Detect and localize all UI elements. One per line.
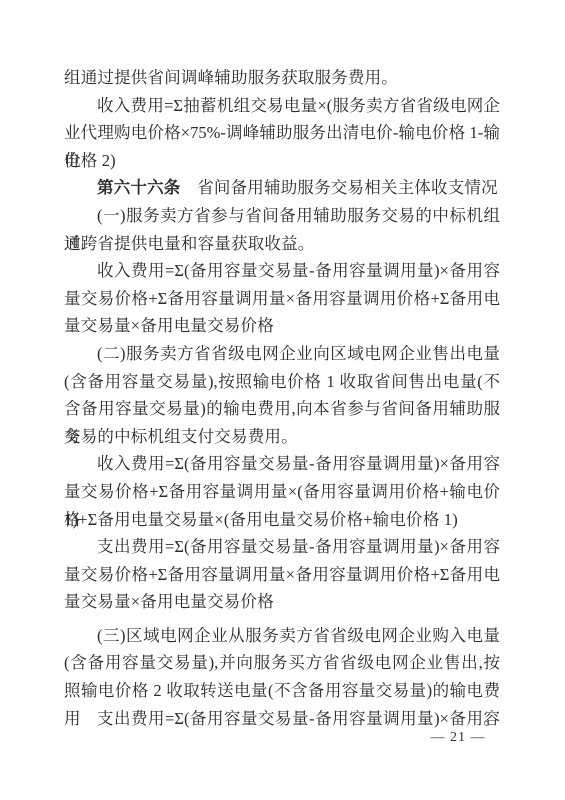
text-line: 量交易价格+Σ备用容量调用量×(备用容量调用价格+输电价格 — [64, 478, 500, 506]
text-line: 支出费用=Σ(备用容量交易量-备用容量调用量)×备用容 — [64, 533, 500, 561]
article-title: 省间备用辅助服务交易相关主体收支情况 — [181, 178, 498, 197]
text-line: (含备用容量交易量),并向服务买方省省级电网企业售出,按 — [64, 649, 500, 677]
text-line: 价格 2) — [64, 147, 500, 175]
document-text: 组通过提供省间调峰辅助服务获取服务费用。收入费用=Σ抽蓄机组交易电量×(服务卖方… — [64, 64, 500, 732]
text-line: 量交易量×备用电量交易价格 — [64, 312, 500, 340]
text-line: (二)服务卖方省省级电网企业向区域电网企业售出电量 — [64, 340, 500, 368]
text-line: 1)+Σ备用电量交易量×(备用电量交易价格+输电价格 1) — [64, 506, 500, 534]
text-line: 量交易量×备用电量交易价格 — [64, 588, 500, 616]
text-line: 支出费用=Σ(备用容量交易量-备用容量调用量)×备用容 — [64, 705, 500, 733]
text-line: (三)区域电网企业从服务卖方省省级电网企业购入电量 — [64, 622, 500, 650]
text-line: (一)服务卖方省参与省间备用辅助服务交易的中标机组通 — [64, 202, 500, 230]
text-line: 含备用容量交易量)的输电费用,向本省参与省间备用辅助服务 — [64, 395, 500, 423]
text-line: 量交易价格+Σ备用容量调用量×备用容量调用价格+Σ备用电 — [64, 285, 500, 313]
page-number: — 21 — — [428, 730, 488, 746]
text-line: 收入费用=Σ(备用容量交易量-备用容量调用量)×备用容 — [64, 257, 500, 285]
text-line: (含备用容量交易量),按照输电价格 1 收取省间售出电量(不 — [64, 368, 500, 396]
text-line: 业代理购电价格×75%-调峰辅助服务出清电价-输电价格 1-输电 — [64, 119, 500, 147]
text-line: 量交易价格+Σ备用容量调用量×备用容量调用价格+Σ备用电 — [64, 561, 500, 589]
text-line: 收入费用=Σ抽蓄机组交易电量×(服务卖方省省级电网企 — [64, 92, 500, 120]
article-number: 第六十六条 — [97, 178, 181, 197]
text-line: 组通过提供省间调峰辅助服务获取服务费用。 — [64, 64, 500, 92]
text-line: 收入费用=Σ(备用容量交易量-备用容量调用量)×备用容 — [64, 450, 500, 478]
text-line: 照输电价格 2 收取转送电量(不含备用容量交易量)的输电费用。 — [64, 677, 500, 705]
text-line: 交易的中标机组支付交易费用。 — [64, 423, 500, 451]
text-line: 第六十六条 省间备用辅助服务交易相关主体收支情况 — [64, 174, 500, 202]
document-page: 组通过提供省间调峰辅助服务获取服务费用。收入费用=Σ抽蓄机组交易电量×(服务卖方… — [0, 0, 565, 800]
text-line: 过跨省提供电量和容量获取收益。 — [64, 230, 500, 258]
